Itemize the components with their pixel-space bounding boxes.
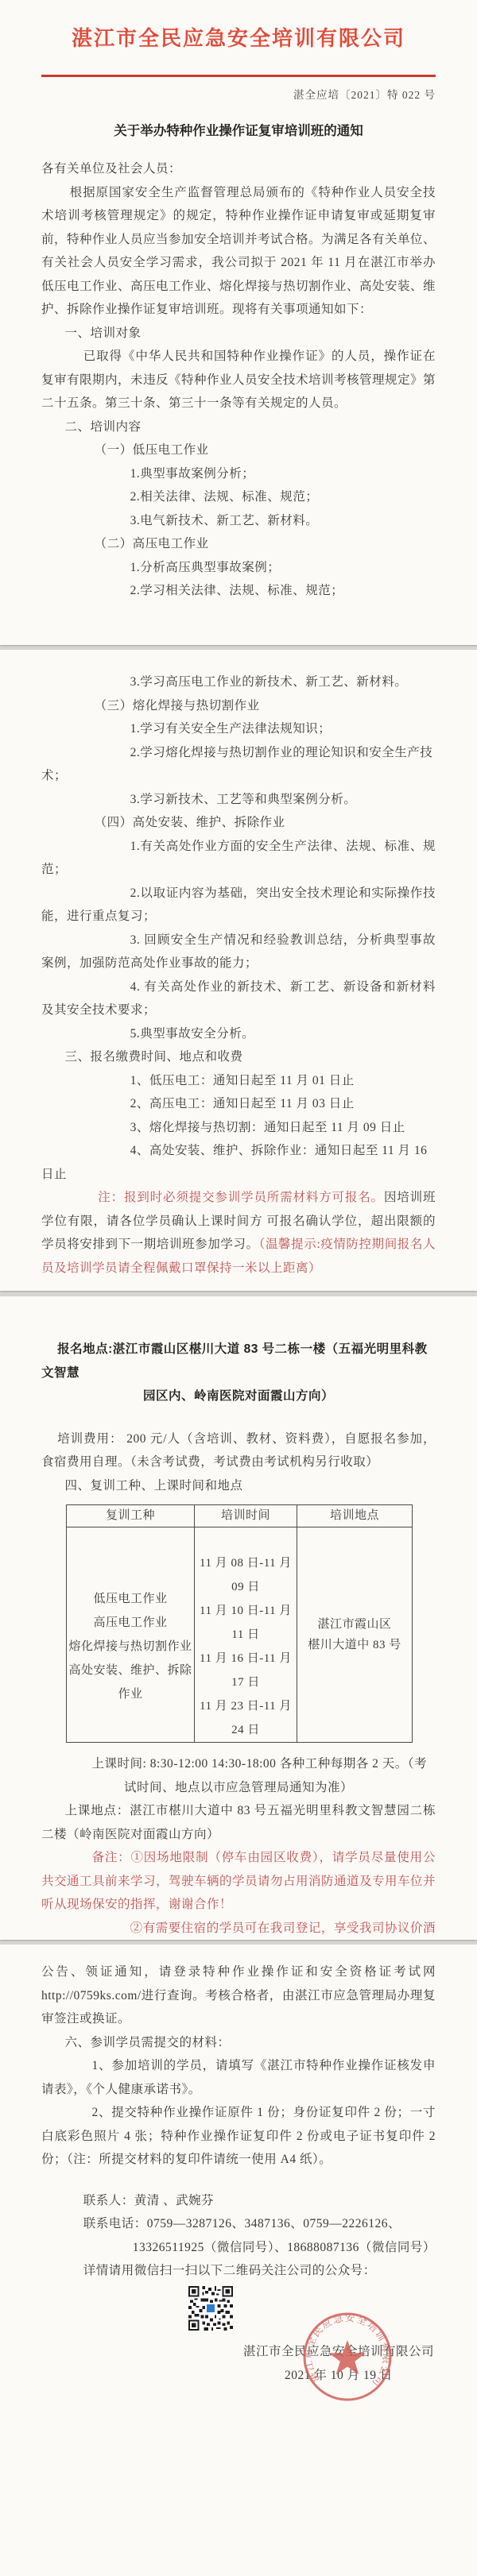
location-column: 湛江市霞山区 椹川大道中 83 号: [297, 1527, 413, 1743]
table-row: 11 月 10 日-11 月 11 日: [195, 1599, 297, 1647]
signature-company: 湛江市全民应急安全培训有限公司: [243, 2340, 434, 2364]
material-item: 1、参加培训的学员，请填写《湛江市特种作业操作证核发申请表》，《个人健康承诺书》…: [41, 2054, 436, 2101]
schedule-table: 复训工种 培训时间 培训地点 低压电工作业 高压电工作业 熔化焊接与热切割作业 …: [66, 1504, 413, 1743]
sub-2-item: 2.学习相关法律、法规、标准、规范；: [41, 579, 436, 603]
sub-2-heading: （二）高压电工作业: [41, 532, 436, 556]
signature-date: 2021 年 10 月 19 日: [243, 2364, 434, 2388]
document-scan: 湛江市全民应急安全培训有限公司 湛全应培〔2021〕特 022 号 关于举办特种…: [0, 0, 477, 2576]
table-body-row: 低压电工作业 高压电工作业 熔化焊接与热切割作业 高处安装、维护、拆除作业 11…: [67, 1527, 413, 1743]
table-row: 高处安装、维护、拆除作业: [67, 1659, 194, 1706]
registration-deadline: 1、低压电工：通知日起至 11 月 01 日止: [41, 1069, 436, 1093]
time-column: 11 月 08 日-11 月 09 日 11 月 10 日-11 月 11 日 …: [195, 1527, 297, 1743]
qr-center-logo: [207, 2304, 215, 2312]
table-header-row: 复训工种 培训时间 培训地点: [67, 1505, 413, 1527]
page-2: 3.学习高压电工作业的新技术、新工艺、新材料。 （三）熔化焊接与热切割作业 1.…: [0, 650, 477, 1291]
table-row: 低压电工作业: [67, 1587, 194, 1611]
job-column: 低压电工作业 高压电工作业 熔化焊接与热切割作业 高处安装、维护、拆除作业: [67, 1527, 195, 1743]
table-row: 11 月 08 日-11 月 09 日: [195, 1551, 297, 1599]
registration-note: 注：报到时必须提交参训学员所需材料方可报名。因培训班学位有限，请各位学员确认上课…: [41, 1186, 436, 1280]
sub-3-item: 1.学习有关安全生产法律法规知识；: [41, 717, 436, 741]
table-header-job: 复训工种: [67, 1505, 195, 1527]
table-row: 11 月 23 日-11 月 24 日: [195, 1694, 297, 1742]
registration-location-line2: 园区内、岭南医院对面霞山方向）: [41, 1385, 436, 1408]
table-header-location: 培训地点: [297, 1505, 413, 1527]
page-3: 报名地点:湛江市霞山区椹川大道 83 号二栋一楼（五福光明里科教文智慧 园区内、…: [0, 1296, 477, 1940]
company-name: 湛江市全民应急安全培训有限公司: [41, 24, 436, 52]
sub-2-item: 3.学习高压电工作业的新技术、新工艺、新材料。: [41, 670, 436, 694]
contact-person: 联系人：黄清 、武婉芬: [41, 2189, 436, 2213]
fee-paragraph: 培训费用： 200 元/人（含培训、教材、资料费），自愿报名参加，食宿费用自理。…: [41, 1427, 436, 1474]
contact-phone-line1: 联系电话：0759—3287126、3487136、0759—2226126、: [41, 2212, 436, 2236]
sub-4-item: 2.以取证内容为基础，突出安全技术理论和实际操作技能，进行重点复习；: [41, 882, 436, 929]
table-header-time: 培训时间: [195, 1505, 297, 1527]
sub-4-item: 1.有关高处作业方面的安全生产法律、法规、标准、规范；: [41, 835, 436, 882]
section-1-body: 已取得《中华人民共和国特种作业操作证》的人员，操作证在复审有限期内，未违反《特种…: [41, 345, 436, 415]
sub-3-heading: （三）熔化焊接与热切割作业: [41, 694, 436, 718]
document-number: 湛全应培〔2021〕特 022 号: [41, 87, 436, 103]
training-location-line2: 椹川大道中 83 号: [297, 1635, 412, 1655]
class-location: 上课地点：湛江市椹川大道中 83 号五福光明里科教文智慧园二栋二楼（岭南医院对面…: [41, 1799, 436, 1846]
assessment-continued: 公告、领证通知，请登录特种作业操作证和安全资格证考试网 http://0759k…: [41, 1960, 436, 2031]
class-time-line1: 上课时间: 8:30-12:00 14:30-18:00 各种工种每期各 2 天…: [41, 1752, 436, 1776]
signature-block: 湛江市全民应急安全培训有限公司 2021 年 10 月 19 日: [243, 2340, 434, 2388]
sub-3-item: 3.学习新技术、工艺等和典型案例分析。: [41, 788, 436, 812]
sub-1-item: 2.相关法律、法规、标准、规范；: [41, 485, 436, 509]
training-location-line1: 湛江市霞山区: [297, 1614, 412, 1635]
salutation: 各有关单位及社会人员：: [41, 157, 436, 181]
registration-deadline: 2、高压电工：通知日起至 11 月 03 日止: [41, 1092, 436, 1116]
notice-title: 关于举办特种作业操作证复审培训班的通知: [41, 121, 436, 141]
page-4: 公告、领证通知，请登录特种作业操作证和安全资格证考试网 http://0759k…: [0, 1945, 477, 2576]
sub-1-heading: （一）低压电工作业: [41, 438, 436, 462]
table-row: 高压电工作业: [67, 1611, 194, 1635]
sub-4-item: 3. 回顾安全生产情况和经验教训总结，分析典型事故案例，加强防范高处作业事故的能…: [41, 929, 436, 975]
section-4-heading: 四、复训工种、上课时间和地点: [41, 1474, 436, 1498]
note-red-lead: 注：报到时必须提交参训学员所需材料方可报名。: [98, 1191, 384, 1204]
sub-1-item: 3.电气新技术、新工艺、新材料。: [41, 509, 436, 533]
registration-location-line1: 报名地点:湛江市霞山区椹川大道 83 号二栋一楼（五福光明里科教文智慧: [41, 1338, 436, 1385]
qr-code: [188, 2286, 233, 2331]
section-6-heading: 六、参训学员需提交的材料：: [41, 2031, 436, 2055]
class-time-line2: 试时间、地点以市应急管理局通知为准）: [41, 1776, 436, 1800]
page-1: 湛江市全民应急安全培训有限公司 湛全应培〔2021〕特 022 号 关于举办特种…: [0, 0, 477, 645]
contact-phone-line2: 13326511925（微信同号）、18688087136（微信同号）: [41, 2236, 436, 2260]
sub-4-item: 5.典型事故安全分析。: [41, 1022, 436, 1046]
qr-caption: 详情请用微信扫一扫以下二维码关注公司的公众号：: [41, 2259, 436, 2283]
section-2-heading: 二、培训内容: [41, 415, 436, 439]
section-1-heading: 一、培训对象: [41, 322, 436, 346]
table-row: 11 月 16 日-11 月 17 日: [195, 1647, 297, 1694]
sub-4-item: 4. 有关高处作业的新技术、新工艺、新设备和新材料及其安全技术要求；: [41, 975, 436, 1022]
registration-deadline: 4、高处安装、维护、拆除作业：通知日起至 11 月 16 日止: [41, 1139, 436, 1186]
table-row: 熔化焊接与热切割作业: [67, 1635, 194, 1659]
sub-1-item: 1.典型事故案例分析；: [41, 462, 436, 486]
intro-paragraph: 根据原国家安全生产监督管理总局颁布的《特种作业人员安全技术培训考核管理规定》的规…: [41, 181, 436, 322]
sub-4-heading: （四）高处安装、维护、拆除作业: [41, 811, 436, 835]
sub-3-item: 2.学习熔化焊接与热切割作业的理论知识和安全生产技术；: [41, 741, 436, 788]
registration-deadline: 3、熔化焊接与热切割：通知日起至 11 月 09 日止: [41, 1116, 436, 1140]
remark-1: 备注：①因场地限制（停车由园区收费），请学员尽量使用公共交通工具前来学习，驾驶车…: [41, 1846, 436, 1917]
sub-2-item: 1.分析高压典型事故案例；: [41, 556, 436, 580]
section-3-heading: 三、报名缴费时间、地点和收费: [41, 1045, 436, 1069]
material-item: 2、提交特种作业操作证原件 1 份；身份证复印件 2 份；一寸白底彩色照片 4 …: [41, 2101, 436, 2172]
header-rule: [41, 75, 436, 77]
